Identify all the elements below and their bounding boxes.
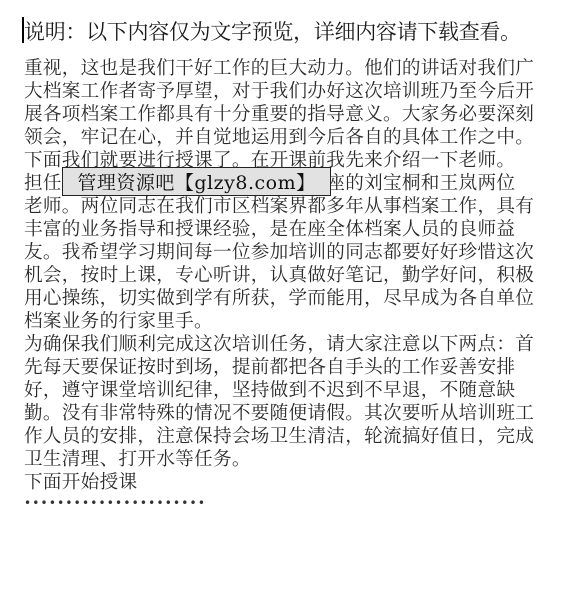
text-line: 老师。两位同志在我们市区档案界都多年从事档案工作，具有 [24,195,564,218]
text-line: 友。我希望学习期间每一位参加培训的同志都要好好珍惜这次 [24,241,564,264]
text-line: 机会，按时上课，专心听讲，认真做好笔记，勤学好问，积极 [24,264,564,287]
text-line: 作人员的安排，注意保持会场卫生清洁，轮流搞好值日，完成 [24,425,564,448]
preview-notice: 说明：以下内容仅为文字预览，详细内容请下载查看。 [24,16,521,46]
text-line: 展各项档案工作都具有十分重要的指导意义。大家务必要深刻 [24,103,564,126]
ellipsis-dots: •••••••••••••••••••••• [24,496,564,510]
text-line: 下面开始授课 [24,471,564,494]
text-line: 好，遵守课堂培训纪律，坚持做到不迟到不早退，不随意缺 [24,379,564,402]
watermark-banner: 管理资源吧【glzy8.com】 [62,167,331,196]
text-line: 档案业务的行家里手。 [24,310,564,333]
text-line: 领会，牢记在心，并自觉地运用到今后各自的具体工作之中。 [24,126,564,149]
document-body: 重视，这也是我们干好工作的巨大动力。他们的讲话对我们广 大档案工作者寄予厚望，对… [24,57,564,510]
text-line: 为确保我们顺利完成这次培训任务，请大家注意以下两点：首 [24,333,564,356]
text-line: 卫生清理、打开水等任务。 [24,448,564,471]
text-line: 勤。没有非常特殊的情况不要随便请假。其次要听从培训班工 [24,402,564,425]
text-line: 丰富的业务指导和授课经验，是在座全体档案人员的良师益 [24,218,564,241]
text-line: 重视，这也是我们干好工作的巨大动力。他们的讲话对我们广 [24,57,564,80]
text-line: 先每天要保证按时到场，提前都把各自手头的工作妥善安排 [24,356,564,379]
text-line: 用心操练，切实做到学有所获，学而能用，尽早成为各自单位 [24,287,564,310]
watermark-text: 管理资源吧【glzy8.com】 [77,168,315,195]
text-line: 大档案工作者寄予厚望，对于我们办好这次培训班乃至今后开 [24,80,564,103]
